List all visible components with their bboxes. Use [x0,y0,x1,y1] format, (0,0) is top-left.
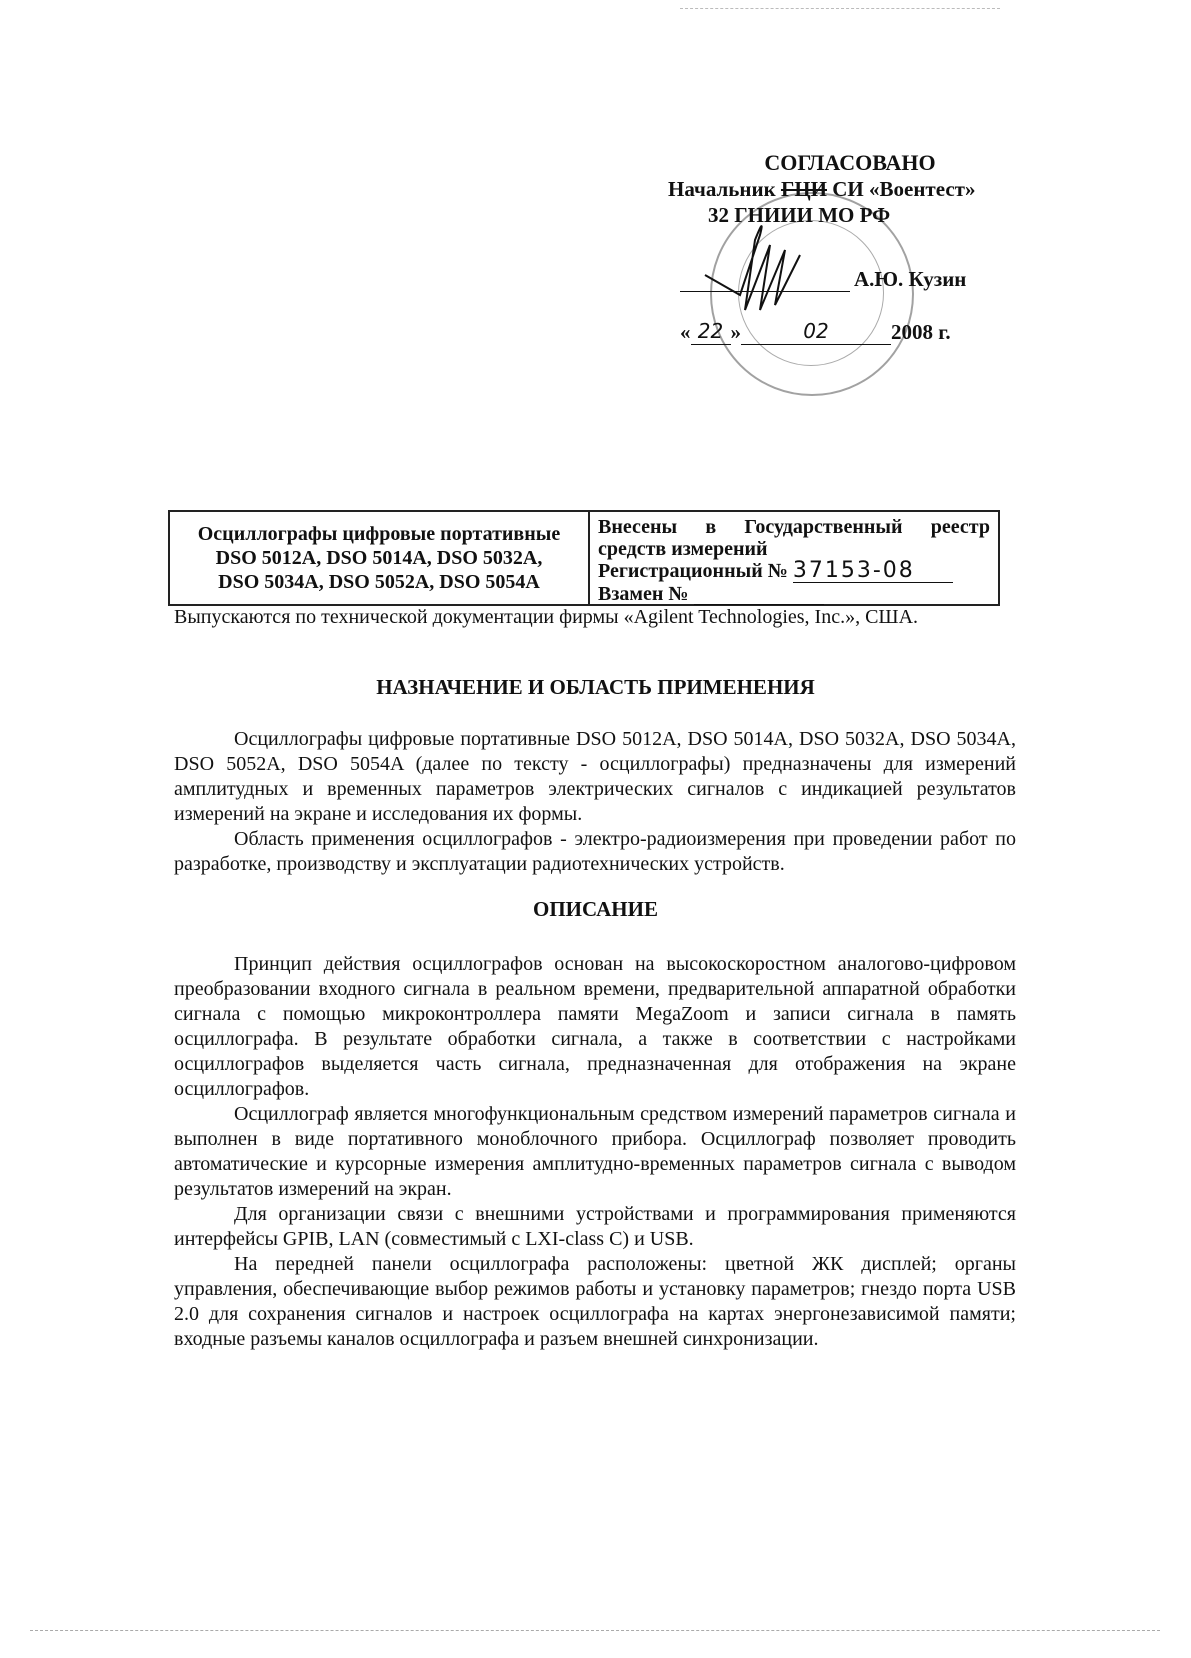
scan-artifact-top [680,8,1000,11]
replaces-number: Взамен № [598,583,990,605]
section-purpose-body: Осциллографы цифровые портативные DSO 50… [174,727,1016,877]
paragraph: Для организации связи с внешними устройс… [174,1202,1016,1252]
issued-by-text: Выпускаются по технической документации … [174,606,918,629]
approval-position: Начальник ГЦИ СИ «Воентест» [668,176,1040,202]
signer-name: А.Ю. Кузин [854,266,966,292]
date-year: 2008 г. [891,319,951,345]
approval-organization: 32 ГНИИИ МО РФ [708,202,1040,228]
registration-number-value: 37153-08 [793,560,953,583]
approval-date: « 22 » 02 2008 г. [680,318,1040,345]
date-day: 22 [691,318,731,345]
paragraph: Осциллограф является многофункциональным… [174,1102,1016,1202]
section-heading-description: ОПИСАНИЕ [0,897,1191,922]
product-name-cell: Осциллографы цифровые портативные DSO 50… [170,512,590,604]
paragraph: Осциллографы цифровые портативные DSO 50… [174,727,1016,827]
date-month: 02 [741,318,891,345]
paragraph: На передней панели осциллографа располож… [174,1252,1016,1352]
paragraph: Область применения осциллографов - элект… [174,827,1016,877]
section-heading-purpose: НАЗНАЧЕНИЕ И ОБЛАСТЬ ПРИМЕНЕНИЯ [0,675,1191,700]
registry-info-cell: Внесены в Государственный реестр средств… [590,512,998,604]
registration-number: Регистрационный № 37153-08 [598,560,990,583]
scan-artifact-bottom [30,1630,1160,1633]
approval-title: СОГЛАСОВАНО [660,150,1040,176]
section-description-body: Принцип действия осциллографов основан н… [174,952,1016,1352]
approval-signature-line: А.Ю. Кузин [680,266,1040,292]
approval-block: СОГЛАСОВАНО Начальник ГЦИ СИ «Воентест» … [640,150,1040,345]
registry-box: Осциллографы цифровые портативные DSO 50… [168,510,1000,606]
paragraph: Принцип действия осциллографов основан н… [174,952,1016,1102]
signature-line [680,269,850,292]
